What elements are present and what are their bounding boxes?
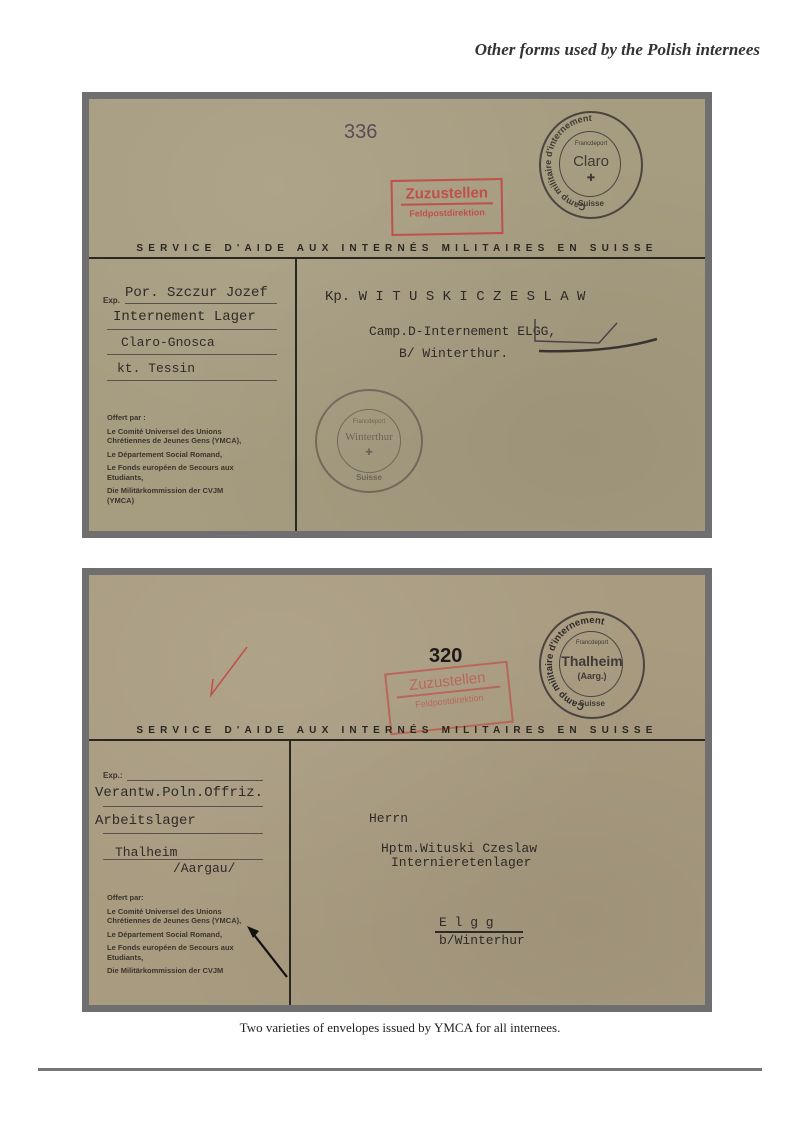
stamp-line-1: Zuzustellen <box>401 184 493 206</box>
sender-label: Exp.: <box>103 771 123 781</box>
stamp-line-2: Feldpostdirektion <box>393 207 501 219</box>
postmark-inner: Francdeport <box>541 141 641 147</box>
sender-line: Thalheim <box>115 845 177 860</box>
envelope-number: 320 <box>429 645 462 668</box>
postmark-country: Suisse <box>541 199 641 208</box>
sender-line: Arbeitslager <box>95 813 196 829</box>
envelope-1: 336 Zuzustellen Feldpostdirektion Camp m… <box>89 99 705 531</box>
sender-line: Claro-Gnosca <box>121 335 215 350</box>
swiss-cross-icon: ✚ <box>317 447 421 458</box>
postmark-town: Claro <box>541 153 641 170</box>
arrow-icon <box>243 923 293 983</box>
recipient-name: Kp. W I T U S K I C Z E S L A W <box>325 289 585 305</box>
envelope-photo-2-frame: 320 Zuzustellen Feldpostdirektion Camp m… <box>82 568 712 1012</box>
recipient-line: Internieretenlager <box>391 855 531 870</box>
sender-line: Verantw.Poln.Offriz. <box>95 785 263 801</box>
recipient-line: Herrn <box>369 811 408 826</box>
swiss-cross-icon: ✚ <box>541 173 641 184</box>
offered-by: Offert par: Le Comité Universel des Unio… <box>107 893 241 976</box>
sender-line: Internement Lager <box>113 309 256 325</box>
figure-caption: Two varieties of envelopes issued by YMC… <box>0 1020 800 1036</box>
claro-postmark: Camp militaire d'internement Francdeport… <box>539 111 643 219</box>
banner-rule <box>89 257 705 259</box>
envelope-banner: SERVICE D'AIDE AUX INTERNÉS MILITAIRES E… <box>89 725 705 736</box>
recipient-town: E l g g <box>439 915 494 930</box>
sender-line: kt. Tessin <box>117 361 195 376</box>
red-check-mark <box>207 645 252 705</box>
zuzustellen-stamp: Zuzustellen Feldpostdirektion <box>391 178 504 236</box>
pencil-underline-marks <box>529 317 669 357</box>
envelope-number: 336 <box>344 121 377 144</box>
recipient-name: Hptm.Wituski Czeslaw <box>381 841 537 856</box>
divider <box>295 257 297 531</box>
sender-line: /Aargau/ <box>173 861 235 876</box>
recipient-line: B/ Winterthur. <box>399 346 508 361</box>
recipient-line: b/Winterhur <box>439 933 525 948</box>
sender-label: Exp. <box>103 296 120 306</box>
sender-line: Por. Szczur Jozef <box>125 285 268 301</box>
bottom-rule <box>38 1068 762 1071</box>
postmark-town: Thalheim <box>541 653 643 669</box>
page-header: Other forms used by the Polish internees <box>475 40 760 60</box>
envelope-banner: SERVICE D'AIDE AUX INTERNÉS MILITAIRES E… <box>89 243 705 254</box>
winterthur-postmark: Francdeport Winterthur ✚ Suisse <box>315 389 423 493</box>
offered-by: Offert par : Le Comité Universel des Uni… <box>107 413 241 505</box>
banner-rule <box>89 739 705 741</box>
thalheim-postmark: Camp militaire d'internement Francdeport… <box>539 611 645 719</box>
envelope-2: 320 Zuzustellen Feldpostdirektion Camp m… <box>89 575 705 1005</box>
envelope-photo-1-frame: 336 Zuzustellen Feldpostdirektion Camp m… <box>82 92 712 538</box>
